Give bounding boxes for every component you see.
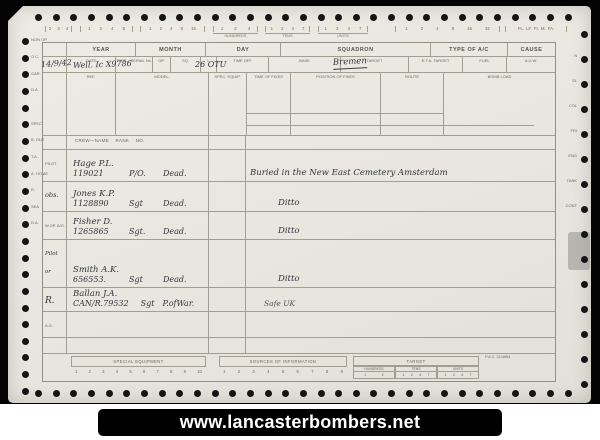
crew-rank: P/O. bbox=[129, 169, 155, 179]
crew-remarks-cell bbox=[246, 338, 555, 353]
right-rail-label: SL bbox=[572, 79, 577, 83]
scale-cause: FL. LF. FI. M. FA. bbox=[505, 26, 567, 32]
crew-row-rear-gunner: R. Ballan J.A. CAN/R.79532 Sgt P.ofWar. … bbox=[43, 288, 555, 312]
scale-squadron-hundreds: 1 2 4 HUNDREDS bbox=[213, 26, 258, 39]
punch-hole bbox=[476, 14, 483, 21]
punch-hole bbox=[441, 390, 448, 397]
punch-hole bbox=[176, 390, 183, 397]
punch-hole bbox=[22, 338, 29, 345]
punch-hole bbox=[194, 14, 201, 21]
punch-hole bbox=[159, 14, 166, 21]
left-rail-label: R. bbox=[31, 188, 35, 192]
punch-hole bbox=[123, 14, 130, 21]
punch-hole bbox=[459, 390, 466, 397]
punch-hole bbox=[581, 181, 588, 188]
punch-hole bbox=[22, 188, 29, 195]
field-eta-target-label: E.T.A. TARGET bbox=[409, 57, 463, 72]
header-day: DAY bbox=[206, 43, 281, 56]
header-year: YEAR bbox=[67, 43, 136, 56]
crew-remark: Buried in the New East Cemetery Amsterda… bbox=[250, 168, 555, 178]
crew-fate: Dead. bbox=[163, 199, 187, 209]
punch-hole bbox=[229, 390, 236, 397]
crew-remarks-cell: Ditto bbox=[246, 182, 555, 211]
header-margin-cell bbox=[43, 43, 67, 56]
detail-margin-cell bbox=[43, 73, 67, 135]
punch-hole bbox=[335, 14, 342, 21]
punch-hole bbox=[370, 14, 377, 21]
scale-year: 2 3 4 bbox=[45, 26, 72, 32]
punch-hole bbox=[22, 388, 29, 395]
crew-mid-cell bbox=[209, 240, 246, 287]
header-type-of-ac: TYPE OF A/C bbox=[431, 43, 508, 56]
crew-role-label: PILOT bbox=[43, 150, 67, 181]
punch-hole bbox=[406, 390, 413, 397]
crew-header-remarks bbox=[246, 136, 555, 149]
punch-hole bbox=[194, 390, 201, 397]
grid-subline bbox=[247, 125, 534, 126]
crew-entry: Hage P.L. 119021 P/O. Dead. bbox=[67, 150, 209, 181]
right-rail-label: TANK bbox=[567, 179, 577, 183]
punch-hole bbox=[370, 390, 377, 397]
crew-header-margin bbox=[43, 136, 67, 149]
punch-hole bbox=[565, 14, 572, 21]
punch-number-scales: 2 3 4 1 2 4 8 1 2 4 8 16 1 2 4 HUNDREDS … bbox=[8, 26, 591, 42]
punch-hole-column-right bbox=[581, 31, 588, 388]
punch-hole bbox=[22, 271, 29, 278]
punch-hole bbox=[22, 255, 29, 262]
punch-hole bbox=[423, 14, 430, 21]
punch-hole bbox=[22, 238, 29, 245]
header-month: MONTH bbox=[136, 43, 206, 56]
sources-of-information-scale: 123456789 bbox=[223, 369, 343, 374]
field-auw-label: A.U.W. bbox=[507, 57, 555, 72]
punch-hole bbox=[88, 14, 95, 21]
punch-hole bbox=[459, 14, 466, 21]
punch-hole bbox=[353, 390, 360, 397]
crew-role-label: W.OP. A/G. bbox=[43, 212, 67, 239]
crew-remark: Ditto bbox=[250, 198, 555, 208]
crew-entry bbox=[67, 338, 209, 353]
crew-entry: Fisher D. 1265865 Sgt. Dead. bbox=[67, 212, 209, 239]
crew-entry: Smith A.K. 656553. Sgt Dead. bbox=[67, 240, 209, 287]
punch-hole bbox=[22, 55, 29, 62]
punch-hole bbox=[406, 14, 413, 21]
crew-remark: Ditto bbox=[250, 274, 555, 284]
punch-hole bbox=[53, 390, 60, 397]
crew-fate: P.ofWar. bbox=[162, 299, 194, 309]
punch-hole bbox=[212, 14, 219, 21]
punch-hole bbox=[441, 14, 448, 21]
crew-service-number: 1265865 bbox=[73, 227, 121, 237]
punch-hole bbox=[106, 390, 113, 397]
special-equipment-scale: 12345678910 bbox=[75, 369, 202, 374]
crew-row-observer: obs. Jones K.P. 1128890 Sgt Dead. Ditto bbox=[43, 182, 555, 212]
screenshot-stage: NON OP. O.C. GAR. D.A. SPEC. B. OUT T.A.… bbox=[0, 0, 600, 440]
punch-hole bbox=[581, 131, 588, 138]
crew-service-number: 1128890 bbox=[73, 199, 121, 209]
caption-bar: www.lancasterbombers.net bbox=[0, 404, 600, 440]
target-header: TARGET bbox=[353, 356, 479, 366]
punch-hole bbox=[581, 231, 588, 238]
field-ref-label: REF. bbox=[67, 73, 116, 135]
left-rail-label: T.A. bbox=[31, 155, 38, 159]
left-rail-label: GAR. bbox=[31, 72, 41, 76]
punch-hole bbox=[581, 256, 588, 263]
punch-hole-row-top bbox=[35, 14, 572, 21]
crew-header-cell: CREW—NAME RANK NO. bbox=[67, 136, 209, 149]
form-reference-number: P.A.C. 21/4854 bbox=[485, 355, 510, 359]
punch-hole bbox=[22, 288, 29, 295]
crew-rank: Sgt bbox=[129, 199, 155, 209]
punch-hole bbox=[581, 381, 588, 388]
caption-pill: www.lancasterbombers.net bbox=[98, 409, 502, 436]
crew-fate: Dead. bbox=[163, 275, 187, 285]
right-rail-label: FRI bbox=[571, 129, 577, 133]
crew-mid-cell bbox=[209, 338, 246, 353]
target-units: UNITS 1 2 4 7 bbox=[437, 366, 479, 379]
crew-header-mid bbox=[209, 136, 246, 149]
punch-hole bbox=[388, 390, 395, 397]
punch-hole bbox=[388, 14, 395, 21]
detail-field-band: REF. MODEL. SPEC. EQUIP. TIME OF FIXES P… bbox=[43, 73, 555, 136]
punch-hole bbox=[476, 390, 483, 397]
punch-hole bbox=[159, 390, 166, 397]
punch-hole bbox=[265, 14, 272, 21]
crew-rank: Sgt bbox=[141, 299, 155, 309]
punch-hole bbox=[22, 205, 29, 212]
handwritten-squadron: 26 OTU bbox=[195, 61, 226, 69]
crew-remark: Ditto bbox=[250, 226, 555, 236]
crew-remarks-cell: Safe UK bbox=[246, 288, 555, 311]
record-form: YEAR MONTH DAY SQUADRON TYPE OF A/C CAUS… bbox=[42, 42, 556, 382]
punch-hole bbox=[22, 371, 29, 378]
crew-remarks-cell bbox=[246, 312, 555, 337]
crew-row-pilot: PILOT Hage P.L. 119021 P/O. Dead. Buried… bbox=[43, 150, 555, 182]
punch-hole bbox=[22, 88, 29, 95]
crew-row-air-gunner: A.G. bbox=[43, 312, 555, 338]
punch-hole bbox=[70, 390, 77, 397]
header-squadron: SQUADRON bbox=[281, 43, 431, 56]
right-rail-label: COL bbox=[569, 104, 577, 108]
punch-hole bbox=[581, 206, 588, 213]
punch-hole bbox=[581, 306, 588, 313]
punch-hole bbox=[581, 56, 588, 63]
punch-hole bbox=[212, 390, 219, 397]
crew-entry: Ballan J.A. CAN/R.79532 Sgt P.ofWar. bbox=[67, 288, 209, 311]
punch-hole bbox=[22, 305, 29, 312]
punch-hole bbox=[229, 14, 236, 21]
punch-hole bbox=[494, 390, 501, 397]
punch-hole bbox=[353, 14, 360, 21]
crew-mid-cell bbox=[209, 212, 246, 239]
punch-hole bbox=[547, 14, 554, 21]
punch-hole bbox=[22, 155, 29, 162]
field-base-label: BASE bbox=[269, 57, 341, 72]
punch-hole bbox=[141, 14, 148, 21]
punch-hole bbox=[318, 390, 325, 397]
punch-hole bbox=[70, 14, 77, 21]
punch-hole bbox=[581, 81, 588, 88]
punch-hole bbox=[282, 14, 289, 21]
left-rail-label: SEA bbox=[31, 205, 39, 209]
site-url: www.lancasterbombers.net bbox=[180, 412, 421, 433]
crew-role-label: R. bbox=[43, 288, 67, 311]
right-rail-label: ENG bbox=[568, 154, 577, 158]
punch-hole bbox=[53, 14, 60, 21]
punch-hole bbox=[512, 390, 519, 397]
crew-fate: Dead. bbox=[163, 227, 187, 237]
target-tens: TENS 1 2 4 7 bbox=[395, 366, 437, 379]
crew-header-row: CREW—NAME RANK NO. bbox=[43, 136, 555, 150]
punch-hole bbox=[581, 281, 588, 288]
field-model-label: MODEL. bbox=[116, 73, 209, 135]
crew-service-number: 656553. bbox=[73, 275, 121, 285]
left-rail-label: O.C. bbox=[31, 55, 39, 59]
punch-hole bbox=[529, 14, 536, 21]
punch-hole bbox=[300, 14, 307, 21]
scale-month: 1 2 4 8 bbox=[80, 26, 133, 32]
crew-mid-cell bbox=[209, 182, 246, 211]
crew-name: Jones K.P. bbox=[73, 190, 208, 200]
scale-squadron-tens: 1 2 4 7 TENS bbox=[265, 26, 310, 39]
punch-hole bbox=[318, 14, 325, 21]
crew-entry: Jones K.P. 1128890 Sgt Dead. bbox=[67, 182, 209, 211]
crew-row-wireless-op: W.OP. A/G. Fisher D. 1265865 Sgt. Dead. … bbox=[43, 212, 555, 240]
punch-hole-row-bottom bbox=[35, 390, 572, 397]
crew-remarks-cell: Ditto bbox=[246, 212, 555, 239]
scale-type-of-ac: 1 2 4 8 16 32 bbox=[395, 26, 500, 32]
punch-hole bbox=[494, 14, 501, 21]
field-fuel-label: FUEL bbox=[463, 57, 507, 72]
crew-name: Ballan J.A. bbox=[73, 290, 208, 300]
punch-hole bbox=[423, 390, 430, 397]
right-rail-label: N bbox=[574, 54, 577, 58]
punch-hole bbox=[22, 354, 29, 361]
crew-fate: Dead. bbox=[163, 169, 187, 179]
card-corner-cut bbox=[8, 6, 23, 21]
field-gp-label: GP. bbox=[153, 57, 171, 72]
punch-hole bbox=[22, 105, 29, 112]
punch-hole bbox=[22, 171, 29, 178]
punch-hole bbox=[547, 390, 554, 397]
punch-hole bbox=[141, 390, 148, 397]
punch-hole bbox=[35, 14, 42, 21]
left-rail-label: D.A. bbox=[31, 221, 39, 225]
punch-hole bbox=[529, 390, 536, 397]
crew-entry bbox=[67, 312, 209, 337]
crew-mid-cell bbox=[209, 312, 246, 337]
crew-row-empty bbox=[43, 338, 555, 354]
crew-name: Smith A.K. bbox=[73, 266, 208, 276]
crew-row-spec-obs: Pilot or Spec. obs Smith A.K. 656553. Sg… bbox=[43, 240, 555, 288]
punch-hole bbox=[22, 121, 29, 128]
punch-hole bbox=[282, 390, 289, 397]
punch-hole bbox=[22, 138, 29, 145]
crew-role-label: A.G. bbox=[43, 312, 67, 337]
punch-hole bbox=[176, 14, 183, 21]
punch-hole bbox=[35, 390, 42, 397]
crew-remark: Safe UK bbox=[250, 299, 555, 308]
punch-hole bbox=[123, 390, 130, 397]
scale-squadron-units: 1 2 4 7 UNITS bbox=[318, 26, 368, 39]
crew-name: Hage P.L. bbox=[73, 160, 208, 170]
field-spec-equip-label: SPEC. EQUIP. bbox=[209, 73, 247, 135]
header-band: YEAR MONTH DAY SQUADRON TYPE OF A/C CAUS… bbox=[43, 43, 555, 57]
right-rail-label: CONT bbox=[566, 204, 577, 208]
punch-hole bbox=[88, 390, 95, 397]
crew-service-number: 119021 bbox=[73, 169, 121, 179]
crew-remarks-cell: Ditto bbox=[246, 240, 555, 287]
crew-table: CREW—NAME RANK NO. PILOT Hage P.L. 11902… bbox=[43, 136, 555, 354]
special-equipment-header: SPECIAL EQUIPMENT bbox=[71, 356, 206, 367]
handwritten-target: Bremen bbox=[333, 57, 367, 69]
punch-hole bbox=[106, 14, 113, 21]
punch-hole-column-left bbox=[22, 38, 29, 395]
bottom-band: SPECIAL EQUIPMENT 12345678910 SOURCES OF… bbox=[43, 354, 555, 381]
loss-record-card: NON OP. O.C. GAR. D.A. SPEC. B. OUT T.A.… bbox=[8, 6, 591, 403]
punch-hole bbox=[247, 390, 254, 397]
crew-mid-cell bbox=[209, 288, 246, 311]
crew-role-label: obs. bbox=[43, 182, 67, 211]
punch-hole bbox=[22, 221, 29, 228]
crew-rank: Sgt bbox=[129, 275, 155, 285]
left-rail-label: D.A. bbox=[31, 88, 39, 92]
crew-service-number: CAN/R.79532 bbox=[73, 299, 129, 309]
crew-role-label: Pilot or Spec. obs bbox=[43, 240, 67, 287]
scale-day: 1 2 4 8 16 bbox=[140, 26, 205, 32]
punch-hole bbox=[581, 156, 588, 163]
crew-name: Fisher D. bbox=[73, 218, 208, 228]
punch-hole bbox=[265, 390, 272, 397]
punch-hole bbox=[22, 71, 29, 78]
crew-mid-cell bbox=[209, 150, 246, 181]
punch-hole bbox=[512, 14, 519, 21]
sources-of-information-header: SOURCES OF INFORMATION bbox=[219, 356, 347, 367]
punch-hole bbox=[565, 390, 572, 397]
punch-hole bbox=[335, 390, 342, 397]
crew-rank: Sgt. bbox=[129, 227, 155, 237]
punch-hole bbox=[300, 390, 307, 397]
crew-role-label bbox=[43, 338, 67, 353]
header-cause: CAUSE bbox=[508, 43, 555, 56]
target-hundreds: HUNDREDS 1 2 bbox=[353, 366, 395, 379]
punch-hole bbox=[247, 14, 254, 21]
crew-remarks-cell: Buried in the New East Cemetery Amsterda… bbox=[246, 150, 555, 181]
punch-hole bbox=[22, 321, 29, 328]
punch-hole bbox=[581, 106, 588, 113]
punch-hole bbox=[581, 331, 588, 338]
punch-hole bbox=[581, 356, 588, 363]
grid-subline bbox=[247, 113, 444, 114]
